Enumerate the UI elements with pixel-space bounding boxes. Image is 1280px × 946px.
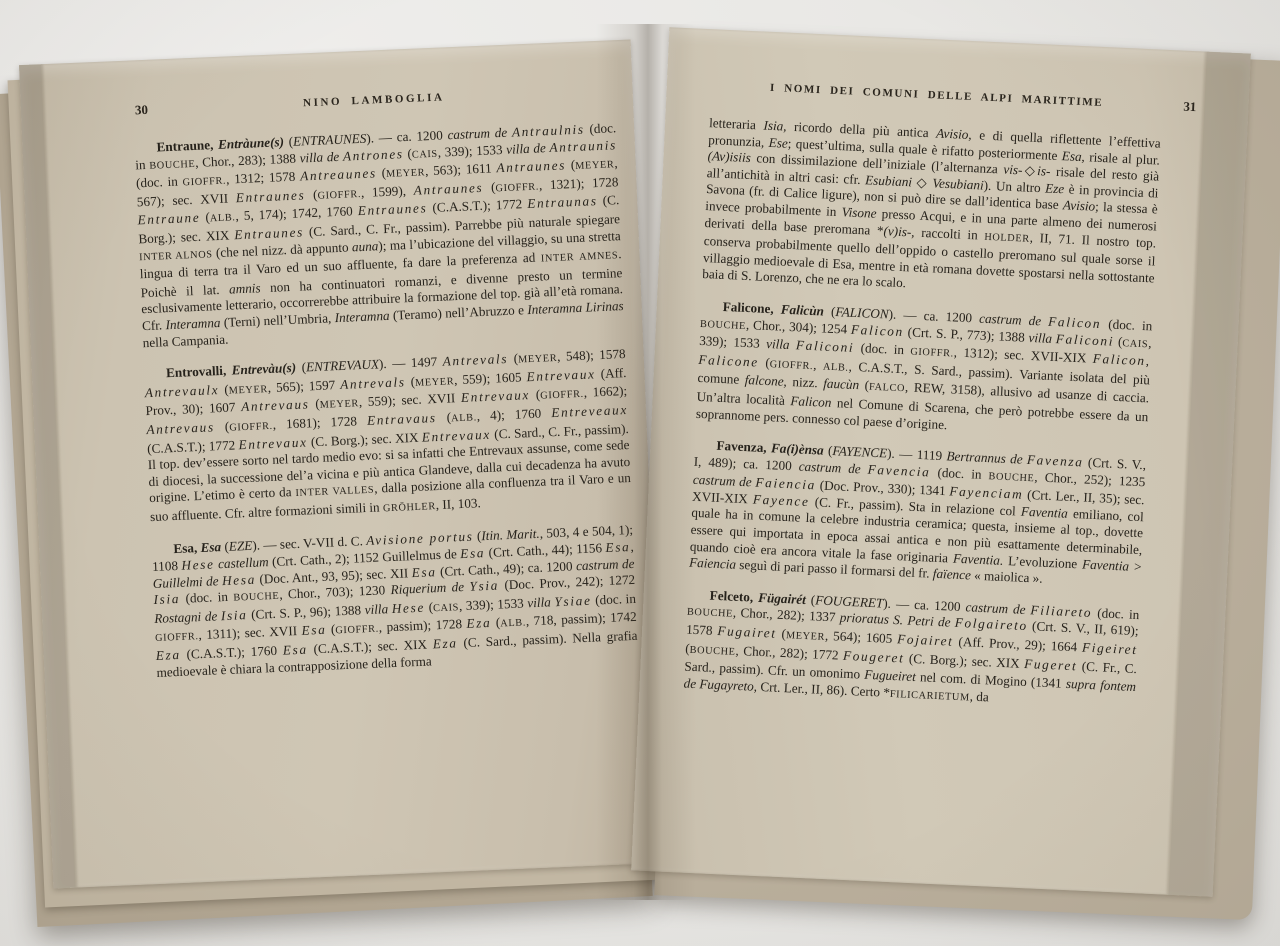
text-run: Esa [200, 540, 221, 556]
text-run: ( [824, 303, 836, 319]
text-run: , Chor., 282); 1337 [733, 605, 841, 625]
text-run: castrum de [693, 472, 756, 490]
text-run: ◇ [1022, 163, 1037, 179]
text-run: (Crt. S. P., 96); 1388 [247, 602, 365, 622]
text-run: Meyer [575, 160, 615, 173]
text-run: , 1599), [361, 183, 414, 200]
text-run: Entraune, [156, 137, 218, 155]
text-run: Entrovalli, [166, 363, 232, 381]
text-run: Riquerium de [390, 579, 470, 597]
text-run: Entrevaux [526, 366, 596, 384]
text-run: Alb. [823, 361, 849, 373]
text-run: Faliconi [796, 337, 855, 355]
text-run: villa [766, 336, 796, 352]
text-run: Fayence [753, 491, 810, 509]
text-run: Ysia [469, 578, 499, 594]
running-head-left: 30 NINO LAMBOGLIA [133, 84, 615, 124]
text-run: castrum de [965, 599, 1031, 617]
text-run: Fügairét [758, 590, 806, 607]
paragraph: Falicone, Falicùn (FALICON). — ca. 1200 … [696, 298, 1153, 443]
text-run: villa de [299, 148, 343, 165]
text-run: Meyer [786, 630, 826, 643]
text-run: castellum [214, 554, 269, 571]
text-run: Bouche [988, 471, 1034, 484]
paragraph: Entrovalli, Entrevàu(s) (ENTREVAUX). — 1… [144, 346, 632, 527]
text-run: Esa [460, 545, 486, 561]
text-run: Interamna [334, 308, 390, 325]
text-run: ( [530, 387, 541, 402]
text-run: , 1681); 1728 [272, 413, 367, 432]
text-run: (doc. in [930, 464, 989, 482]
text-run: , da [969, 688, 989, 704]
text-run: ENTREVAUX [306, 356, 380, 374]
text-run: ( [403, 145, 412, 160]
text-run: Gioffr. [910, 347, 954, 360]
text-run: Antrones [343, 146, 404, 164]
text-run: ). — ca. 1200 [366, 127, 448, 145]
text-run: , 548); 1578 [557, 346, 626, 364]
text-run: Entraune [137, 210, 200, 228]
text-run: Bouche [149, 158, 195, 171]
text-run: auna [352, 238, 379, 254]
text-run: ( [309, 396, 320, 411]
text-run: Faventia [1082, 556, 1130, 573]
text-run: villa [364, 601, 392, 617]
text-run: Esubiani [865, 172, 913, 189]
text-run: , Chor., 703); 1230 [279, 582, 391, 602]
text-run: , 1662); [583, 383, 627, 400]
text-run: (Av)isiis [707, 148, 751, 165]
text-run: Eza [466, 615, 492, 631]
text-run: Holder [984, 231, 1030, 244]
text-run: Antrevals [340, 374, 406, 392]
text-run: Falicone, [722, 299, 781, 317]
text-run: villa [527, 594, 555, 610]
text-run: , risale al plur. [1081, 149, 1160, 168]
text-run: ( [219, 381, 229, 396]
page-number-right: 31 [1183, 99, 1197, 116]
text-run: (v)is- [883, 223, 911, 239]
text-run: , passim); 1728 [378, 616, 466, 635]
text-run: , 559); 1605 [454, 369, 527, 387]
text-run: (doc. in [591, 591, 636, 608]
text-run: , 1311); sec. XVII [198, 623, 302, 642]
text-run: Ysiae [554, 593, 592, 610]
text-run: , 559); sec. XVII [358, 390, 461, 409]
text-run: is- [1037, 163, 1051, 179]
text-run: Antraunes [496, 158, 566, 176]
paragraph: letteraria Isia, ricordo della più antic… [702, 115, 1161, 303]
text-run: castrum de [447, 125, 512, 143]
text-run: Hesa [222, 571, 257, 587]
text-run: Esa [605, 539, 631, 555]
page-left: 30 NINO LAMBOGLIA Entraune, Entràune(s) … [19, 40, 665, 889]
text-run: , 1312); sec. XVII-XIX [954, 345, 1094, 366]
text-run: ◇ [912, 174, 933, 190]
text-run: Alb. [451, 412, 477, 424]
text-run: Cais [433, 602, 459, 614]
text-run: Antrevaus [146, 419, 215, 437]
text-run: ). — ca. 1200 [883, 595, 966, 614]
text-run: , 4); 1760 [476, 405, 551, 423]
text-run: letteraria [709, 115, 764, 132]
text-run: (Aff. Prov., 29); 1664 [953, 634, 1082, 655]
paragraph: Favenza, Fa(i)ènsa (FAYENCE). — 1119 Ber… [689, 437, 1147, 592]
book-scan: 30 NINO LAMBOGLIA Entraune, Entràune(s) … [0, 0, 1280, 946]
text-run: Gioffr. [540, 389, 584, 402]
text-run: , 564); 1605 [825, 628, 898, 646]
text-run: Faiencia [689, 555, 737, 572]
text-run: Esa [1062, 148, 1082, 164]
page-right-body: letteraria Isia, ricordo della più antic… [683, 115, 1161, 714]
text-run: faïence [933, 566, 972, 583]
text-run: Bouche [233, 591, 279, 604]
text-run: FALICON [835, 304, 889, 321]
text-run: Fa(i)ènsa [771, 440, 824, 457]
text-run: Bouche [700, 318, 746, 331]
text-run: Gioffr. [495, 181, 539, 194]
text-run: Bertrannus de [946, 448, 1027, 467]
text-run: Fougeret [843, 647, 905, 665]
text-run: Entrevaux [238, 434, 308, 452]
text-run: Isia [153, 591, 180, 607]
text-run: Alb. [500, 618, 526, 630]
text-run: Gioffr. [182, 176, 226, 189]
text-run: Esa [411, 564, 437, 580]
text-run: villa de [506, 140, 550, 157]
text-run: Meyer [229, 384, 269, 397]
text-run: Entraunes [357, 201, 427, 219]
text-run: Eze [1045, 180, 1065, 196]
paragraph: Felceto, Fügairét (FOUGERET). — ca. 1200… [683, 586, 1139, 714]
text-run: filicarietum [890, 689, 970, 704]
text-run: « maiolica ». [971, 568, 1043, 586]
text-run: Entravaus [367, 410, 437, 428]
text-run: Cais [1122, 338, 1148, 350]
text-run: Meyer [386, 167, 426, 180]
text-run: Favenza, [716, 438, 771, 455]
text-run: Esa, [173, 540, 201, 556]
text-run: ( [759, 354, 771, 369]
text-run: Faventia [1021, 504, 1069, 521]
text-run: (doc. in [1101, 316, 1153, 333]
text-run: FOUGERET [815, 592, 884, 610]
text-run: , 565); 1597 [267, 377, 340, 395]
text-run: Figeiret [1082, 640, 1138, 658]
text-run: , 563); 1611 [425, 160, 497, 178]
text-run: (doc. in [180, 589, 234, 606]
text-run: , Chor., 252); 1235 [1034, 469, 1145, 489]
text-run: Filiareto [1030, 602, 1092, 620]
text-run: , 5, 174); 1742, 1760 [235, 203, 358, 223]
page-right: I NOMI DEI COMUNI DELLE ALPI MARITTIME 3… [631, 27, 1251, 897]
text-run: falco [869, 382, 905, 395]
text-run: ). Un altro [983, 177, 1045, 195]
text-run: Gioffr. [155, 632, 199, 645]
text-run: Hese [391, 600, 425, 616]
text-run: Meyer [320, 399, 360, 412]
text-run: Antraulnis [512, 122, 585, 140]
text-run: Meyer [518, 353, 558, 366]
text-run: castrum de [979, 311, 1049, 329]
text-run: (C. Borg.); sec. XIX [904, 650, 1024, 670]
text-run: . L’evoluzione [1000, 552, 1083, 571]
text-run: Entràune(s) [218, 134, 285, 152]
text-run: Antrevaulx [145, 382, 220, 400]
text-run: Meyer [415, 376, 455, 389]
text-run: Rostagni de [154, 608, 221, 626]
text-run: , Chor., 283); 1388 [195, 150, 300, 169]
running-title-left: NINO LAMBOGLIA [133, 84, 615, 116]
text-run: Falicon [1048, 314, 1102, 331]
text-run: faucùn [823, 376, 860, 393]
text-run: Entreveaux [551, 402, 628, 420]
text-run: ( [436, 409, 451, 425]
text-run: , [630, 539, 634, 554]
text-run: Fugeret [1024, 656, 1078, 673]
text-run: Alb. [210, 213, 236, 225]
text-run: Entrevaux [461, 387, 531, 405]
text-run: Gioffr. [229, 421, 273, 434]
text-run: Gröhler [383, 501, 436, 514]
text-run: Faliconi [1056, 331, 1115, 349]
text-run: Favenza [1027, 452, 1084, 470]
text-run: Guillelmi de [153, 573, 223, 591]
text-run: Felceto, [709, 587, 758, 604]
text-run: nella Campania. [142, 331, 228, 350]
text-run: Vesubiani [932, 175, 984, 192]
text-run: Entraunes [235, 187, 305, 205]
text-run: Fugueiret [864, 667, 916, 684]
text-run: villa [1028, 329, 1056, 345]
text-run: castrum de [576, 556, 635, 573]
text-run: Itin. Marit. [481, 526, 540, 543]
text-run: falcone [744, 372, 783, 389]
text-run: Entrevaux [421, 426, 491, 444]
text-run: Fayenciam [949, 484, 1024, 502]
text-run: FAYENCE [832, 443, 887, 460]
text-run: Antraunis [549, 137, 617, 155]
text-run: , Chor., 282); 1772 [735, 643, 843, 663]
text-run: Entraunes [234, 224, 304, 242]
text-run: Esa [301, 622, 327, 638]
text-run: (Terni) nell’Umbria, [220, 310, 335, 330]
text-run: Esa [283, 642, 309, 658]
text-run: Eza [432, 635, 458, 651]
text-run: Faventia [953, 550, 1001, 567]
text-run: , raccolti in [911, 224, 985, 242]
text-run: inter valles [295, 485, 374, 499]
text-run: Isia [221, 607, 248, 623]
text-run: nel com. di Mogino (1341 [915, 669, 1066, 691]
running-head-right: I NOMI DEI COMUNI DELLE ALPI MARITTIME 3… [710, 79, 1162, 119]
text-run: Fugairet [717, 623, 777, 641]
text-run: Gioffr. [335, 624, 379, 637]
text-run: ( [305, 187, 318, 202]
text-run: Entraunas [527, 193, 598, 211]
text-run: Hese [181, 556, 215, 572]
text-run: (C.A.S.T.); 1772 [147, 437, 239, 456]
text-run: EZE [229, 538, 253, 554]
text-run: Antrevals [442, 351, 508, 369]
running-title-right: I NOMI DEI COMUNI DELLE ALPI MARITTIME [711, 79, 1163, 111]
text-run: Bouche [689, 644, 735, 657]
text-run: amnis [229, 280, 261, 296]
text-run: , 339); 1533 [459, 595, 528, 613]
text-run: Falicon [851, 321, 905, 338]
text-run: ). — 1119 [887, 446, 947, 464]
text-run: ( [566, 157, 576, 172]
text-run: Gioffr. [317, 189, 361, 202]
text-run: , nizz. [783, 374, 823, 391]
text-run: Interamna Lirinas [527, 298, 624, 317]
text-run: Antrevaus [241, 397, 310, 415]
text-run: Gioffr. [770, 359, 814, 372]
text-run: inter amnes [541, 250, 619, 264]
text-run: Ese [768, 134, 788, 150]
text-run: Visone [841, 204, 877, 221]
text-run: Isia [763, 118, 783, 134]
text-run: (doc. in [136, 174, 183, 191]
text-run: ). — 1497 [379, 354, 443, 372]
text-run: Antraunes [413, 180, 483, 198]
text-run: (C.A.S.T.); 1772 [427, 196, 528, 215]
text-run: , 718, passim); 1742 [526, 609, 637, 629]
text-run: vis- [1003, 162, 1023, 178]
text-run: Interamna [165, 315, 221, 332]
paragraph: Entraune, Entràune(s) (ENTRAUNES). — ca.… [134, 120, 624, 351]
text-run: Eza [156, 647, 182, 663]
text-run: , 1312; 1578 [226, 169, 301, 187]
page-number-left: 30 [135, 102, 149, 119]
text-run: Falicùn [780, 302, 824, 319]
text-run: , 339); 1533 [437, 141, 506, 159]
text-run: Folgaireto [954, 615, 1028, 633]
text-run: Avisio [936, 125, 969, 141]
text-run: Falicon [790, 393, 832, 410]
paragraph: Esa, Esa (EZE). — sec. V-VII d. C. Avisi… [151, 522, 638, 681]
text-run: Fojairet [897, 631, 954, 649]
text-run: , Chor., 304); 1254 [746, 317, 852, 337]
text-run: Bouche [687, 607, 733, 620]
text-run: castrum de [798, 458, 868, 476]
text-run: ( [214, 419, 229, 435]
text-run: ENTRAUNES [293, 131, 367, 149]
text-run: (doc. in [1092, 605, 1140, 622]
text-run: Faiencia [755, 475, 816, 493]
text-run: Entrevàu(s) [231, 360, 296, 378]
text-run: Avisio [1063, 198, 1096, 214]
page-left-body: Entraune, Entràune(s) (ENTRAUNES). — ca.… [134, 120, 638, 681]
text-run: (doc. in [854, 340, 911, 358]
text-run: , 1321); 1728 [539, 174, 619, 192]
text-run: inter alnos [139, 249, 213, 263]
text-run: Antreaunes [300, 165, 377, 183]
text-run: Favencia [867, 461, 930, 479]
text-run: > [1129, 558, 1142, 574]
text-run: Cais [412, 148, 438, 160]
text-run: ( [483, 179, 496, 194]
text-run: , II, 103. [435, 495, 481, 512]
